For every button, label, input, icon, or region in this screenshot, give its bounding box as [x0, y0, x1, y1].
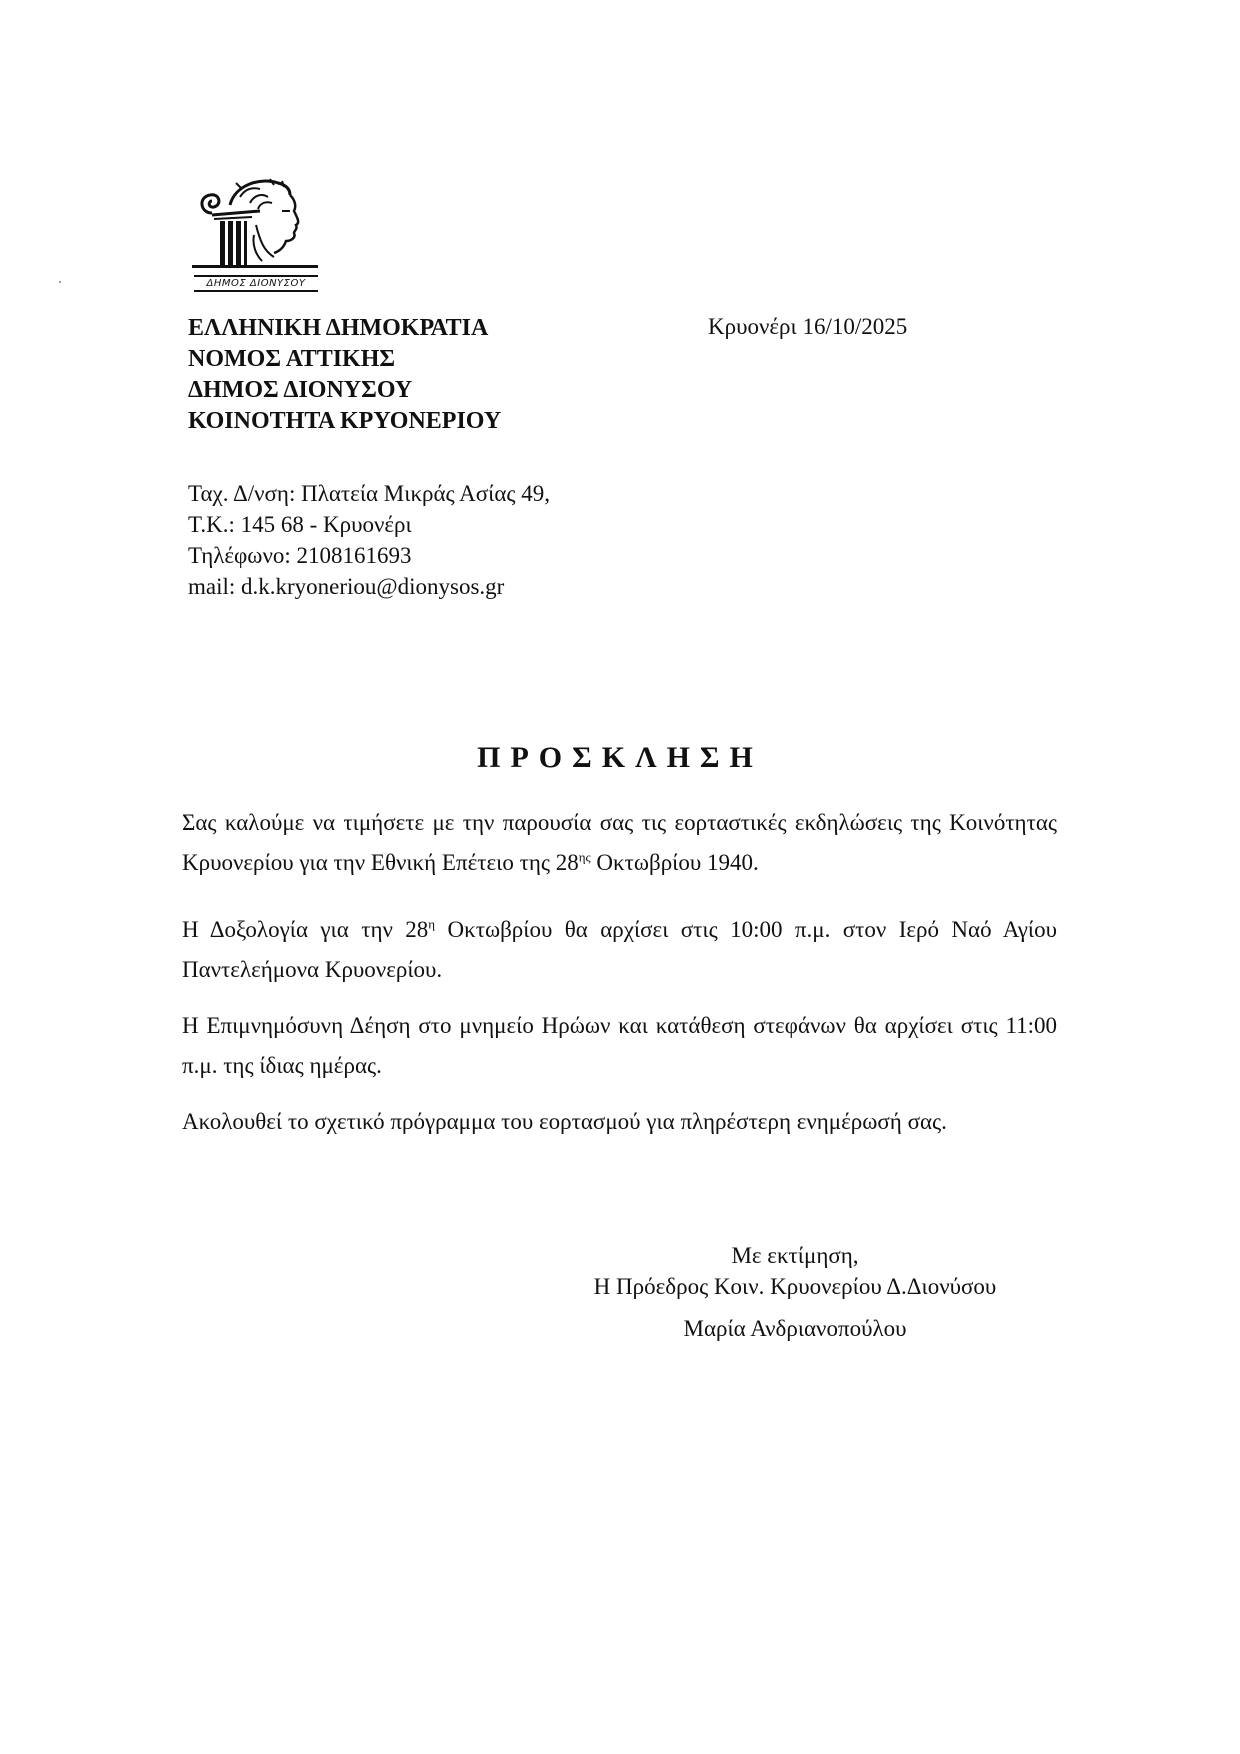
- document-title: ΠΡΟΣΚΛΗΣΗ: [0, 741, 1240, 775]
- contact-address: Ταχ. Δ/νση: Πλατεία Μικράς Ασίας 49,: [188, 478, 550, 509]
- letterhead-line-country: ΕΛΛΗΝΙΚΗ ΔΗΜΟΚΡΑΤΙΑ: [188, 313, 501, 344]
- contact-postal: Τ.Κ.: 145 68 - Κρυονέρι: [188, 509, 550, 540]
- letter-date: Κρυονέρι 16/10/2025: [708, 314, 907, 340]
- letterhead: ΕΛΛΗΝΙΚΗ ΔΗΜΟΚΡΑΤΙΑ ΝΟΜΟΣ ΑΤΤΙΚΗΣ ΔΗΜΟΣ …: [188, 313, 501, 437]
- logo-caption: ΔΗΜΟΣ ΔΙΟΝΥΣΟΥ: [194, 275, 318, 292]
- letterhead-line-prefecture: ΝΟΜΟΣ ΑΤΤΙΚΗΣ: [188, 344, 501, 375]
- signature-role: Η Πρόεδρος Κοιν. Κρυονερίου Δ.Διονύσου: [570, 1271, 1020, 1302]
- paragraph-memorial: Η Επιμνημόσυνη Δέηση στο μνημείο Ηρώων κ…: [182, 1006, 1057, 1086]
- signature-name: Μαρία Ανδριανοπούλου: [570, 1313, 1020, 1344]
- letterhead-line-municipality: ΔΗΜΟΣ ΔΙΟΝΥΣΟΥ: [188, 375, 501, 406]
- contact-block: Ταχ. Δ/νση: Πλατεία Μικράς Ασίας 49, Τ.Κ…: [188, 478, 550, 602]
- signature-closing: Με εκτίμηση,: [570, 1240, 1020, 1271]
- dionysos-head-column-icon: [190, 175, 320, 275]
- paragraph-invitation: Σας καλούμε να τιμήσετε με την παρουσία …: [182, 803, 1057, 883]
- contact-phone: Τηλέφωνο: 2108161693: [188, 540, 550, 571]
- paragraph-program-note: Ακολουθεί το σχετικό πρόγραμμα του εορτα…: [182, 1102, 1082, 1142]
- ordinal-suffix: ης: [579, 849, 591, 864]
- municipality-logo: ΔΗΜΟΣ ΔΙΟΝΥΣΟΥ: [190, 175, 320, 295]
- scan-speck: [59, 281, 61, 283]
- contact-email: mail: d.k.kryoneriou@dionysos.gr: [188, 571, 550, 602]
- paragraph-doxology: Η Δοξολογία για την 28η Οκτωβρίου θα αρχ…: [182, 910, 1057, 990]
- paragraph-invitation-end: Οκτωβρίου 1940.: [591, 850, 759, 875]
- signature-block: Με εκτίμηση, Η Πρόεδρος Κοιν. Κρυονερίου…: [570, 1240, 1020, 1344]
- letterhead-line-community: ΚΟΙΝΟΤΗΤΑ ΚΡΥΟΝΕΡΙΟΥ: [188, 406, 501, 437]
- paragraph-doxology-text: Η Δοξολογία για την 28: [182, 917, 428, 942]
